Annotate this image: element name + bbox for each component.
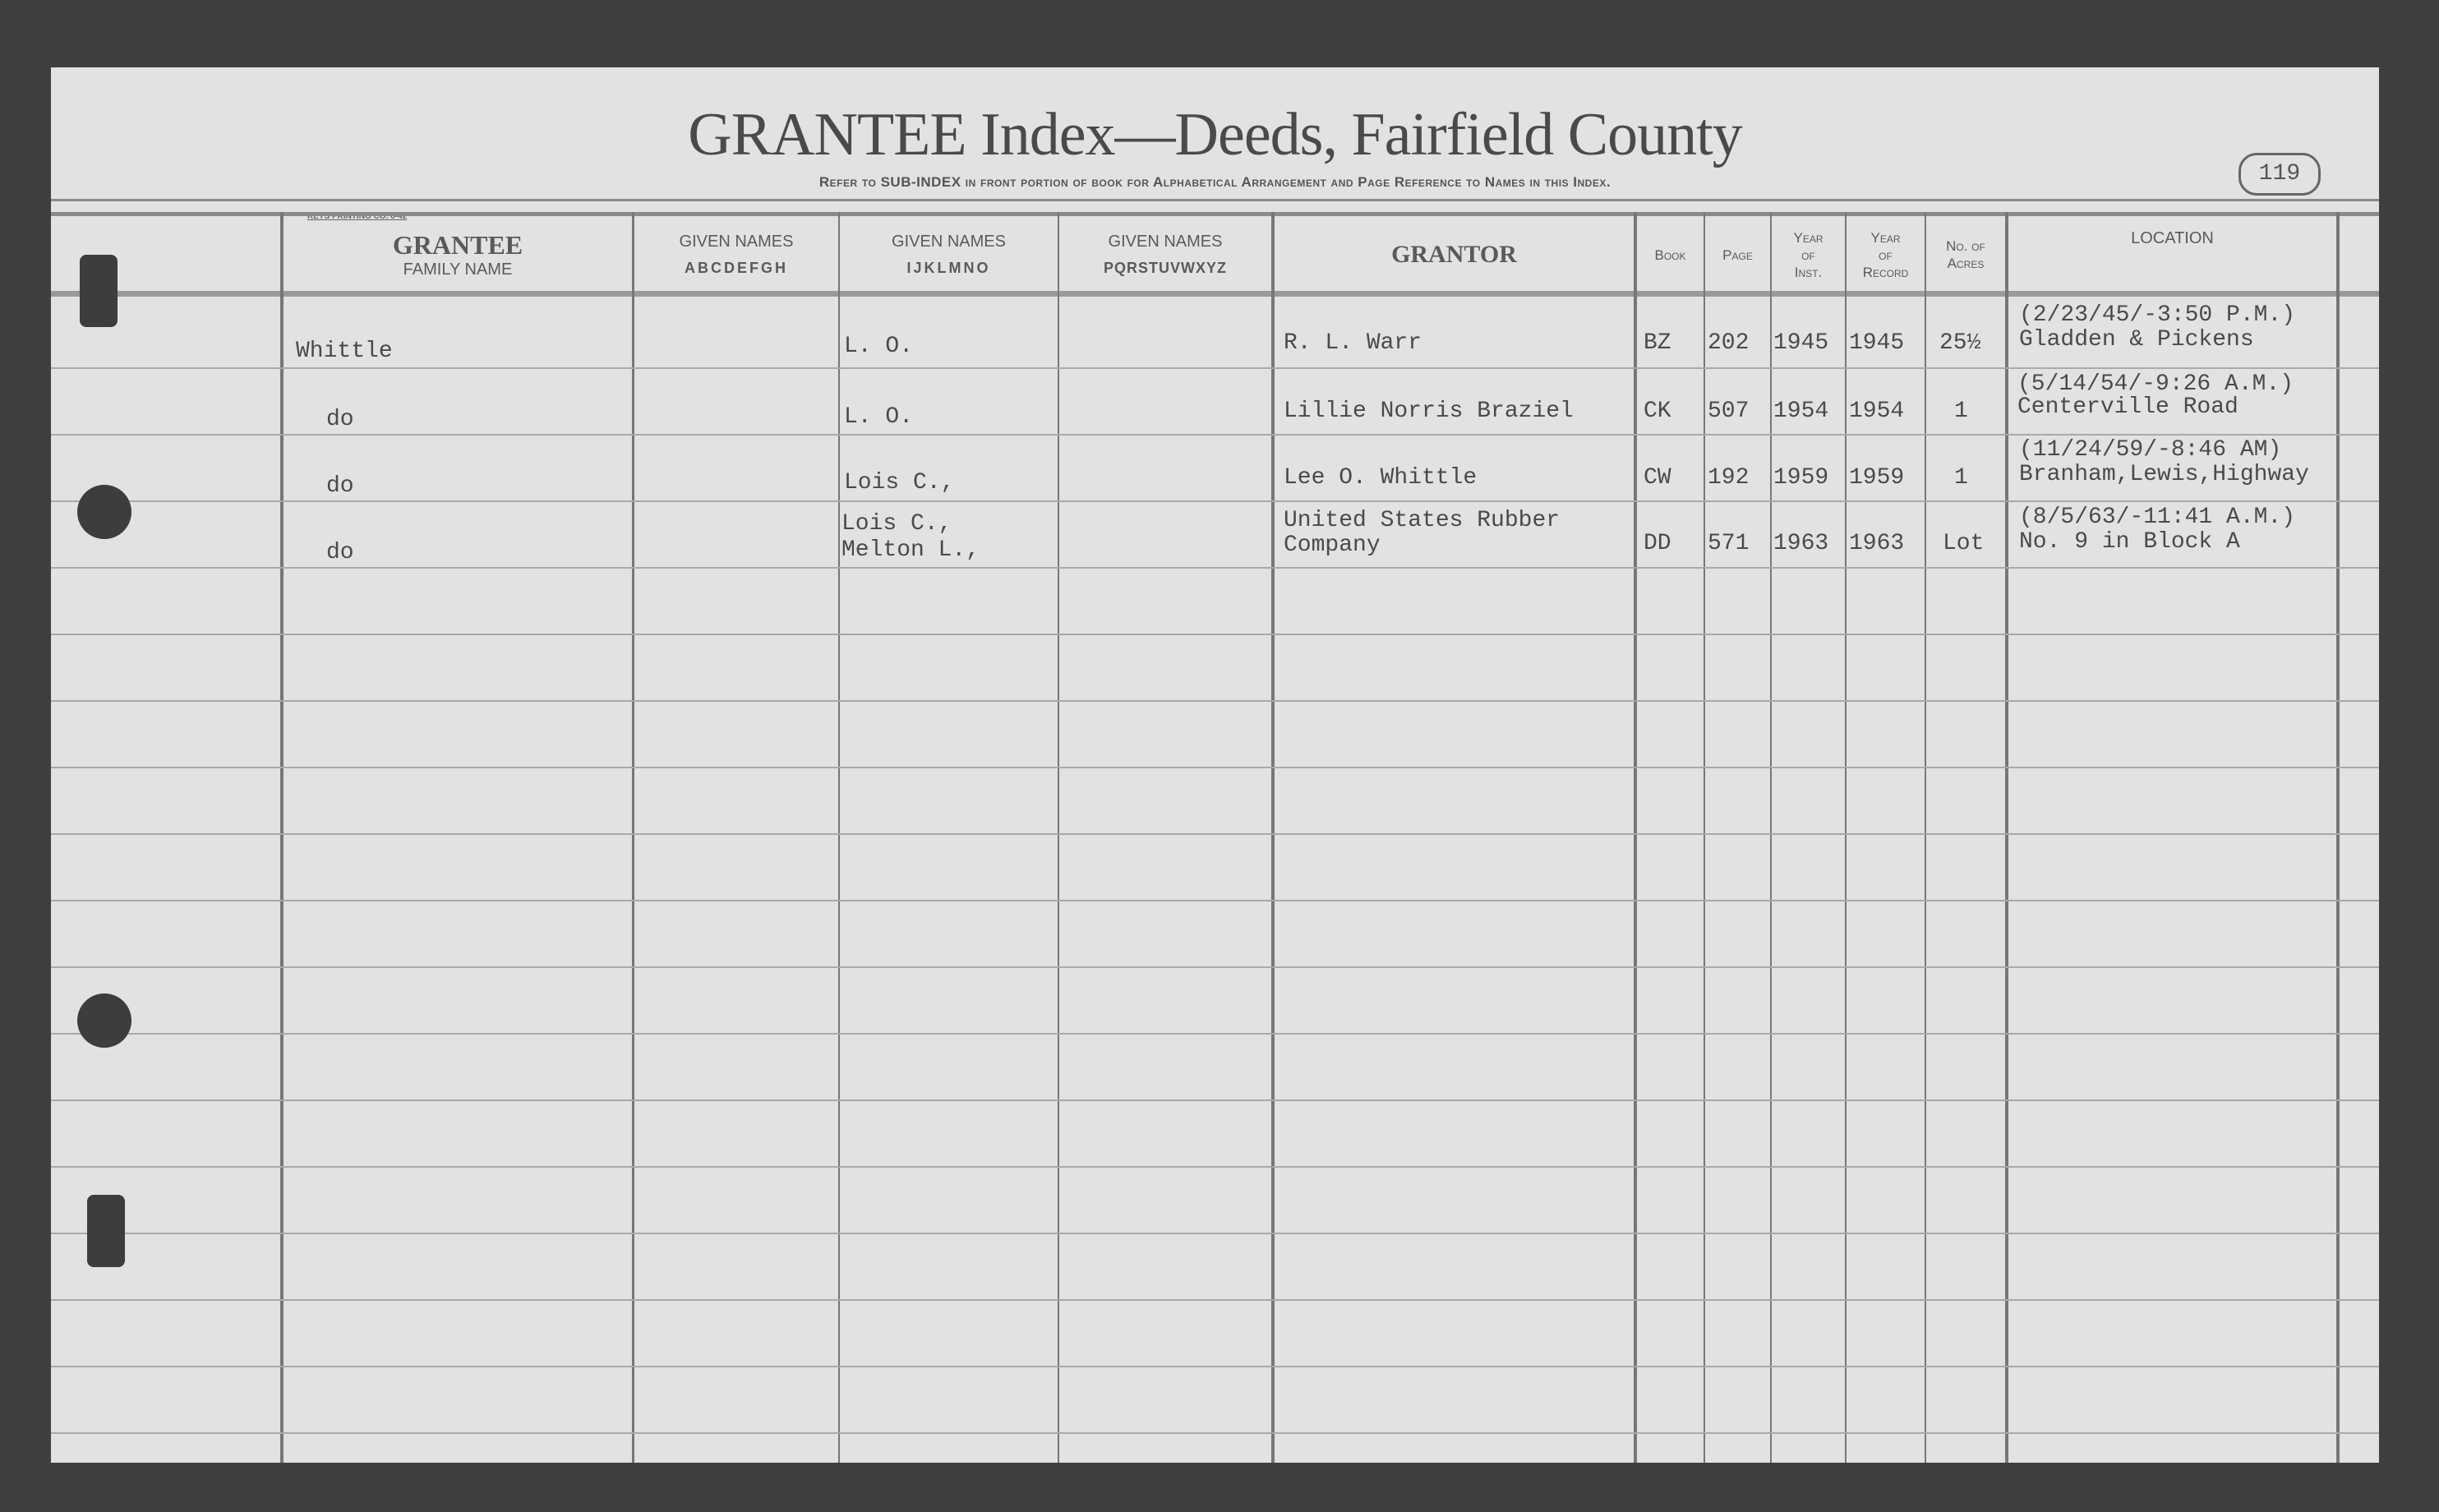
card-subtitle: Refer to SUB-INDEX in front portion of b… (51, 174, 2379, 191)
row-rule (51, 966, 2379, 968)
row-rule (51, 367, 2379, 369)
row-rule (51, 567, 2379, 569)
cell-book: CW (1644, 465, 1671, 491)
cell-given-names: L. O. (844, 334, 913, 360)
cell-year-inst: 1954 (1773, 399, 1828, 425)
row-rule (51, 767, 2379, 768)
header-label-line: No. of (1946, 237, 1985, 255)
header-grantor-title: GRANTOR (1391, 241, 1517, 269)
row-rule (51, 700, 2379, 702)
row-rule (51, 500, 2379, 502)
cell-year-inst: 1963 (1773, 531, 1828, 557)
cell-location-line: Centerville Road (2017, 394, 2238, 421)
header-acres: No. of Acres (1926, 215, 2005, 294)
header-grantee-title: GRANTEE (393, 230, 523, 260)
binder-slot (87, 1195, 125, 1267)
cell-grantee: do (326, 407, 354, 433)
header-given-title: GIVEN NAMES (680, 233, 794, 251)
page-number-badge: 119 (2238, 153, 2321, 196)
header-page-label: Page (1722, 247, 1753, 264)
binder-hole (77, 993, 131, 1048)
col-divider (2336, 212, 2340, 1463)
index-card: GRANTEE Index—Deeds, Fairfield County Re… (51, 67, 2379, 1463)
col-divider (1704, 212, 1705, 1463)
binder-hole (77, 485, 131, 539)
header-book-label: Book (1654, 247, 1685, 264)
cell-acres: 1 (1954, 399, 1968, 425)
header-label-line: Year (1793, 229, 1823, 247)
cell-given-names: Melton L., (841, 537, 980, 564)
col-divider (632, 212, 634, 1463)
row-rule (51, 1432, 2379, 1434)
cell-grantor: R. L. Warr (1284, 330, 1422, 357)
col-divider (280, 212, 284, 1463)
header-given-title: GIVEN NAMES (892, 233, 1006, 251)
cell-given-names: Lois C., (844, 470, 954, 496)
col-divider (1925, 212, 1926, 1463)
header-given-ijklmno: GIVEN NAMES IJKLMNO (840, 215, 1058, 294)
header-given-letters: IJKLMNO (907, 260, 991, 277)
header-label-line: of (1879, 247, 1893, 264)
cell-location-line: No. 9 in Block A (2019, 529, 2240, 555)
row-rule (51, 1166, 2379, 1168)
cell-year-record: 1959 (1849, 465, 1904, 491)
cell-acres: 25½ (1939, 330, 1980, 357)
header-label-line: Inst. (1795, 264, 1822, 281)
cell-book: BZ (1644, 330, 1671, 357)
row-rule (51, 1099, 2379, 1101)
row-rule (51, 1299, 2379, 1301)
cell-page: 202 (1708, 330, 1749, 357)
header-grantee-subtitle: FAMILY NAME (403, 260, 513, 279)
cell-grantor: Lillie Norris Braziel (1284, 399, 1574, 425)
cell-page: 192 (1708, 465, 1749, 491)
header-location: LOCATION (2008, 215, 2336, 294)
header-given-pqrstuvwxyz: GIVEN NAMES PQRSTUVWXYZ (1059, 215, 1271, 294)
cell-grantor: Company (1284, 532, 1381, 559)
cell-grantee: do (326, 540, 354, 566)
cell-year-record: 1963 (1849, 531, 1904, 557)
cell-year-inst: 1959 (1773, 465, 1828, 491)
cell-location-line: (8/5/63/-11:41 A.M.) (2019, 505, 2295, 531)
cell-page: 571 (1708, 531, 1749, 557)
header-given-letters: ABCDEFGH (685, 260, 788, 277)
cell-year-record: 1945 (1849, 330, 1904, 357)
cell-year-record: 1954 (1849, 399, 1904, 425)
header-year-record: Year of Record (1847, 215, 1925, 294)
header-label-line: of (1801, 247, 1815, 264)
cell-page: 507 (1708, 399, 1749, 425)
cell-acres: Lot (1943, 531, 1984, 557)
row-rule (51, 900, 2379, 901)
row-rule (51, 1366, 2379, 1367)
col-divider (1634, 212, 1637, 1463)
header-label-line: Acres (1948, 255, 1985, 272)
cell-book: CK (1644, 399, 1671, 425)
row-rule (51, 434, 2379, 436)
title-rule (51, 199, 2379, 201)
col-divider (1845, 212, 1847, 1463)
row-rule (51, 1033, 2379, 1035)
cell-grantor: Lee O. Whittle (1284, 465, 1477, 491)
header-given-letters: PQRSTUVWXYZ (1104, 260, 1227, 277)
header-given-abcdefgh: GIVEN NAMES ABCDEFGH (634, 215, 838, 294)
header-book: Book (1637, 215, 1704, 294)
header-grantee: GRANTEE FAMILY NAME (284, 215, 632, 294)
cell-book: DD (1644, 531, 1671, 557)
header-year-inst: Year of Inst. (1772, 215, 1845, 294)
header-given-title: GIVEN NAMES (1109, 233, 1223, 251)
col-divider (2005, 212, 2008, 1463)
col-divider (1770, 212, 1772, 1463)
col-divider (838, 212, 840, 1463)
col-divider (1058, 212, 1059, 1463)
cell-location-line: (11/24/59/-8:46 AM) (2019, 437, 2281, 463)
col-divider (1271, 212, 1275, 1463)
header-label-line: Year (1870, 229, 1900, 247)
card-title: GRANTEE Index—Deeds, Fairfield County (51, 100, 2379, 170)
cell-location-line: Branham,Lewis,Highway (2019, 462, 2309, 488)
cell-grantee: Whittle (296, 339, 393, 365)
header-page: Page (1705, 215, 1770, 294)
row-rule (51, 833, 2379, 835)
cell-location-line: Gladden & Pickens (2019, 327, 2254, 353)
row-rule (51, 1233, 2379, 1234)
cell-location-line: (2/23/45/-3:50 P.M.) (2019, 302, 2295, 329)
cell-given-names: L. O. (844, 404, 913, 431)
cell-grantor: United States Rubber (1284, 508, 1560, 534)
header-grantor: GRANTOR (1275, 215, 1634, 294)
binder-slot (80, 255, 118, 327)
cell-given-names: Lois C., (841, 511, 952, 537)
header-location-label: LOCATION (2131, 230, 2214, 247)
cell-acres: 1 (1954, 465, 1968, 491)
header-label-line: Record (1863, 264, 1909, 281)
cell-year-inst: 1945 (1773, 330, 1828, 357)
cell-grantee: do (326, 473, 354, 500)
row-rule (51, 634, 2379, 635)
